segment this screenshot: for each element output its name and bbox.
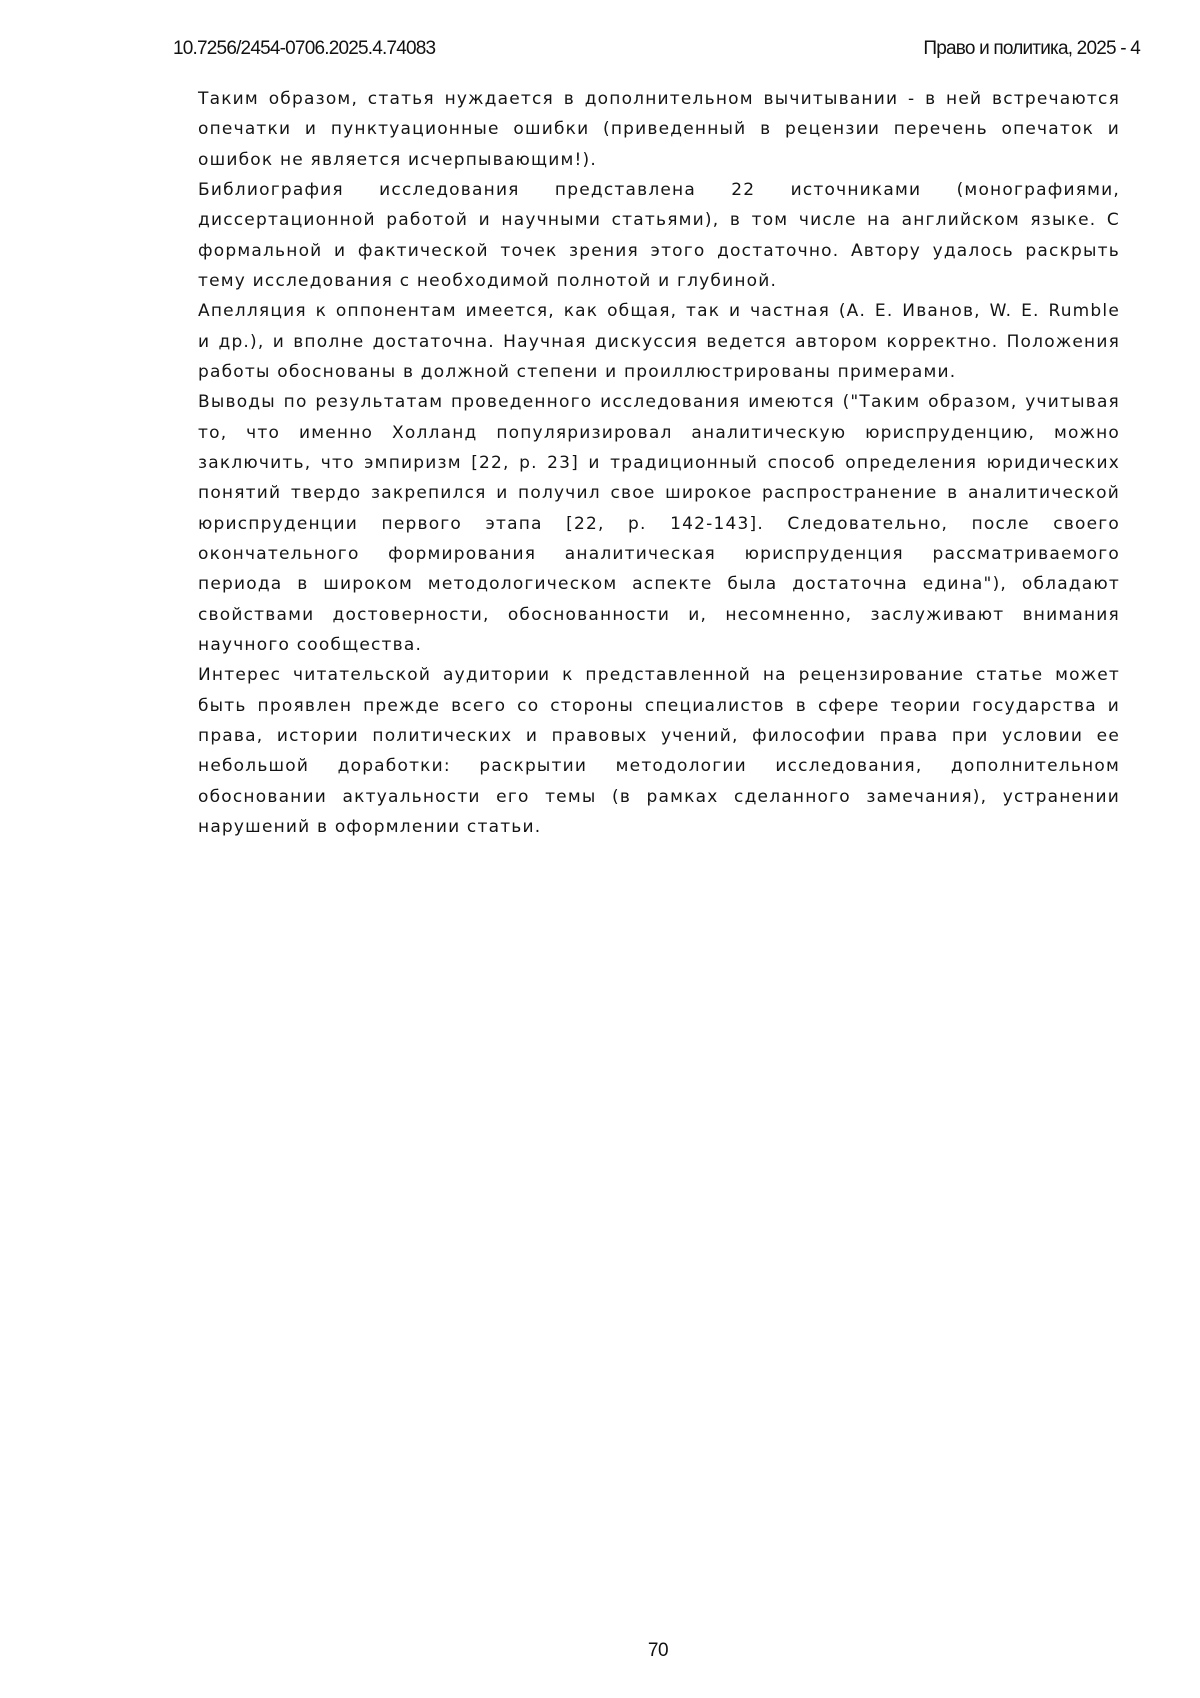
text-line: и др.), и вполне достаточна. Научная дис…: [198, 327, 1120, 357]
running-header: 10.7256/2454-0706.2025.4.74083 Право и п…: [173, 36, 1140, 62]
text-line: опечатки и пунктуационные ошибки (привед…: [198, 114, 1120, 144]
text-line: диссертационной работой и научными стать…: [198, 205, 1120, 235]
page-number: 70: [598, 1638, 718, 1664]
paragraph: Интерес читательской аудитории к предста…: [198, 660, 1120, 842]
review-body-text: Таким образом, статья нуждается в дополн…: [198, 84, 1120, 842]
text-line: Выводы по результатам проведенного иссле…: [198, 387, 1120, 417]
text-line: окончательного формирования аналитическа…: [198, 539, 1120, 569]
text-line: работы обоснованы в должной степени и пр…: [198, 357, 1120, 387]
text-line: Апелляция к оппонентам имеется, как обща…: [198, 296, 1120, 326]
text-line: права, истории политических и правовых у…: [198, 721, 1120, 751]
text-line: то, что именно Холланд популяризировал а…: [198, 418, 1120, 448]
paragraph: Апелляция к оппонентам имеется, как обща…: [198, 296, 1120, 387]
paragraph: Выводы по результатам проведенного иссле…: [198, 387, 1120, 660]
text-line: ошибок не является исчерпывающим!).: [198, 145, 1120, 175]
text-line: свойствами достоверности, обоснованности…: [198, 600, 1120, 630]
text-line: формальной и фактической точек зрения эт…: [198, 236, 1120, 266]
text-line: Таким образом, статья нуждается в дополн…: [198, 84, 1120, 114]
text-line: научного сообщества.: [198, 630, 1120, 660]
journal-issue-title: Право и политика, 2025 - 4: [923, 36, 1140, 62]
text-line: быть проявлен прежде всего со стороны сп…: [198, 691, 1120, 721]
doi-identifier: 10.7256/2454-0706.2025.4.74083: [173, 36, 435, 62]
paragraph: Библиография исследования представлена 2…: [198, 175, 1120, 296]
text-line: Библиография исследования представлена 2…: [198, 175, 1120, 205]
text-line: заключить, что эмпиризм [22, p. 23] и тр…: [198, 448, 1120, 478]
text-line: Интерес читательской аудитории к предста…: [198, 660, 1120, 690]
text-line: нарушений в оформлении статьи.: [198, 812, 1120, 842]
paragraph: Таким образом, статья нуждается в дополн…: [198, 84, 1120, 175]
text-line: обосновании актуальности его темы (в рам…: [198, 782, 1120, 812]
text-line: периода в широком методологическом аспек…: [198, 569, 1120, 599]
text-line: небольшой доработки: раскрытии методолог…: [198, 751, 1120, 781]
text-line: юриспруденции первого этапа [22, p. 142-…: [198, 509, 1120, 539]
text-line: понятий твердо закрепился и получил свое…: [198, 478, 1120, 508]
text-line: тему исследования с необходимой полнотой…: [198, 266, 1120, 296]
